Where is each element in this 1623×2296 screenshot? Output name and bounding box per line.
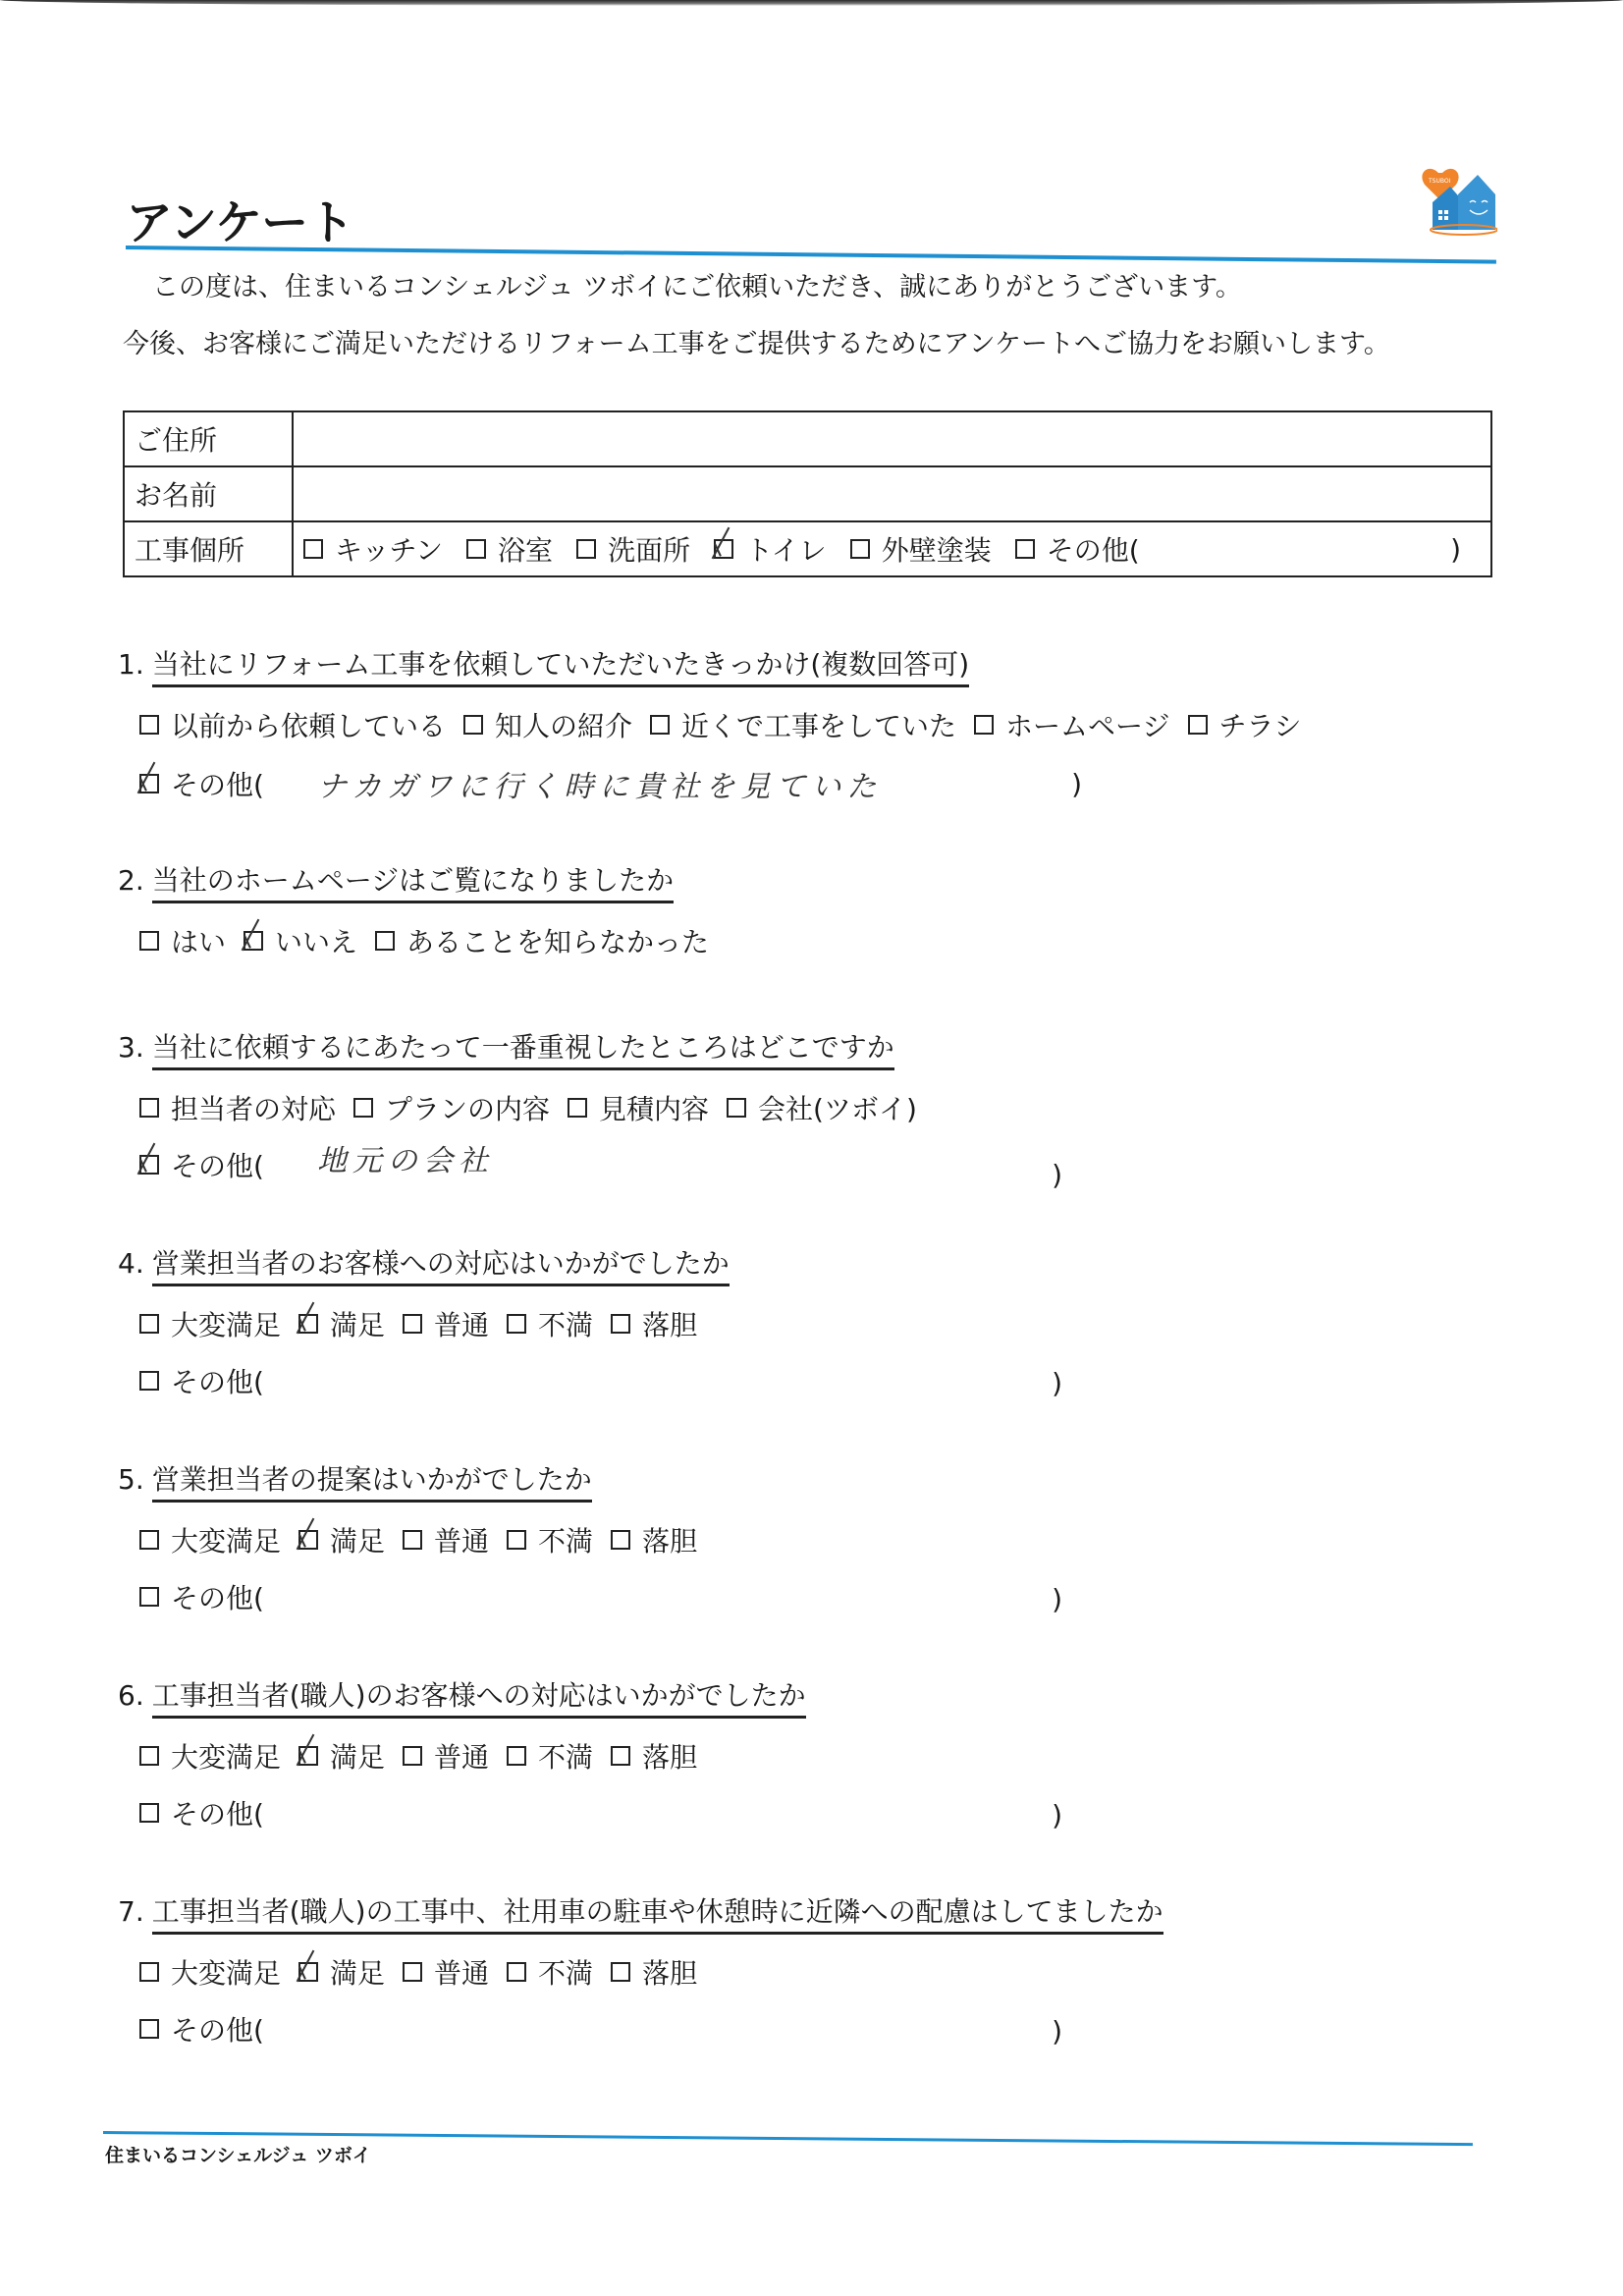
option-label: 落胆 — [642, 1736, 697, 1776]
page-title: アンケート — [126, 185, 353, 252]
question-1: 1.当社にリフォーム工事を依頼していただいたきっかけ(複数回答可) 以前から依頼… — [118, 643, 1320, 805]
question-5: 5.営業担当者の提案はいかがでしたか 大変満足 満足 普通 不満 落胆 その他(… — [118, 1458, 1062, 1616]
answer-option[interactable]: 普通 — [403, 1520, 489, 1559]
answer-option[interactable]: 知人の紹介 — [463, 705, 632, 744]
question-number: 1. — [118, 648, 144, 681]
checkbox[interactable] — [353, 1098, 373, 1118]
option-label: 落胆 — [642, 1304, 697, 1343]
checkbox[interactable] — [139, 1371, 159, 1391]
checkbox[interactable] — [576, 539, 596, 559]
paren-close: ) — [1052, 1799, 1062, 1831]
option-label: トイレ — [745, 529, 827, 569]
handwritten-answer[interactable]: 地元の会社 — [317, 1136, 494, 1179]
checkbox[interactable] — [139, 715, 159, 735]
checkbox[interactable] — [139, 1803, 159, 1823]
checkbox[interactable] — [974, 715, 994, 735]
answer-option[interactable]: 会社(ツボイ) — [727, 1088, 917, 1127]
answer-option[interactable]: 大変満足 — [139, 1736, 281, 1776]
location-option-other[interactable]: その他( — [1015, 529, 1140, 569]
paren-close: ) — [1450, 533, 1461, 566]
checkbox[interactable] — [507, 1746, 526, 1766]
question-number: 4. — [118, 1247, 144, 1280]
option-label: 普通 — [434, 1304, 489, 1343]
option-label: 不満 — [538, 1304, 593, 1343]
answer-option[interactable]: 以前から依頼している — [139, 705, 446, 744]
answer-option[interactable]: 落胆 — [611, 1736, 697, 1776]
checkbox[interactable] — [298, 1530, 318, 1550]
option-label: いいえ — [275, 921, 357, 960]
question-title: 当社のホームページはご覧になりましたか — [152, 859, 674, 903]
answer-option[interactable]: いいえ — [243, 921, 357, 960]
option-label: 大変満足 — [171, 1736, 281, 1776]
question-4: 4.営業担当者のお客様への対応はいかがでしたか 大変満足 満足 普通 不満 落胆… — [118, 1242, 1062, 1400]
location-option[interactable]: キッチン — [303, 529, 443, 569]
checkbox[interactable] — [850, 539, 870, 559]
checkbox[interactable] — [507, 1314, 526, 1334]
option-label: その他( — [171, 1145, 264, 1184]
checkbox[interactable] — [139, 1314, 159, 1334]
answer-option[interactable]: 普通 — [403, 1736, 489, 1776]
answer-option[interactable]: チラシ — [1188, 705, 1302, 744]
paren-close: ) — [1052, 1367, 1062, 1399]
option-label: 満足 — [330, 1520, 385, 1559]
answer-option[interactable]: 見積内容 — [568, 1088, 709, 1127]
option-label: 会社(ツボイ) — [758, 1088, 917, 1127]
question-title: 当社にリフォーム工事を依頼していただいたきっかけ(複数回答可) — [152, 643, 969, 687]
answer-option[interactable]: あることを知らなかった — [375, 921, 709, 960]
checkbox[interactable] — [403, 1530, 422, 1550]
option-label: はい — [171, 921, 226, 960]
checkbox[interactable] — [463, 715, 483, 735]
answer-option-other[interactable]: その他( — [139, 2009, 264, 2049]
option-label: 浴室 — [498, 529, 553, 569]
answer-option[interactable]: ホームページ — [974, 705, 1169, 744]
answer-option[interactable]: 落胆 — [611, 1520, 697, 1559]
checkbox[interactable] — [139, 1746, 159, 1766]
svg-text:TSUBOI: TSUBOI — [1428, 178, 1451, 185]
answer-option-other[interactable]: その他( — [139, 1361, 264, 1400]
checkbox[interactable] — [466, 539, 486, 559]
checkbox[interactable] — [375, 931, 395, 951]
question-number: 6. — [118, 1679, 144, 1712]
option-label: 見積内容 — [599, 1088, 709, 1127]
address-field[interactable] — [293, 411, 1491, 466]
paren-close: ) — [1052, 2015, 1062, 2048]
option-label: 満足 — [330, 1952, 385, 1992]
question-7: 7.工事担当者(職人)の工事中、社用車の駐車や休憩時に近隣への配慮はしてましたか… — [118, 1890, 1163, 2049]
answer-option[interactable]: 大変満足 — [139, 1520, 281, 1559]
customer-info-table: ご住所 お名前 工事個所 キッチン 浴室 洗面所 トイレ 外壁塗装 その他( ) — [123, 410, 1492, 577]
answer-option[interactable]: はい — [139, 921, 226, 960]
checkbox[interactable] — [298, 1314, 318, 1334]
handwritten-answer[interactable]: ナカガワに行く時に貴社を見ていた — [317, 762, 882, 805]
option-label: 知人の紹介 — [495, 705, 632, 744]
option-label: 以前から依頼している — [171, 705, 446, 744]
question-number: 7. — [118, 1895, 144, 1928]
checkbox[interactable] — [243, 931, 263, 951]
option-label: 普通 — [434, 1736, 489, 1776]
location-label: 工事個所 — [124, 521, 293, 576]
answer-option-other[interactable]: その他( — [139, 1793, 264, 1832]
answer-option-other[interactable]: その他( — [139, 764, 264, 803]
option-label: その他( — [171, 2009, 264, 2049]
checkbox[interactable] — [611, 1530, 630, 1550]
checkbox[interactable] — [507, 1530, 526, 1550]
checkbox[interactable] — [139, 1962, 159, 1982]
answer-option[interactable]: 不満 — [507, 1952, 593, 1992]
option-label: その他( — [171, 1361, 264, 1400]
intro-text-1: この度は、住まいるコンシェルジュ ツボイにご依頼いただき、誠にありがとうございま… — [152, 265, 1242, 303]
tsuboi-house-logo-icon: TSUBOI — [1419, 165, 1497, 236]
scan-edge — [0, 0, 1623, 6]
location-options: キッチン 浴室 洗面所 トイレ 外壁塗装 その他( ) — [293, 521, 1491, 576]
option-label: その他( — [171, 1577, 264, 1616]
option-label: その他( — [1047, 529, 1140, 569]
option-label: 大変満足 — [171, 1304, 281, 1343]
checkbox[interactable] — [727, 1098, 746, 1118]
checkbox[interactable] — [611, 1314, 630, 1334]
intro-text-2: 今後、お客様にご満足いただけるリフォーム工事をご提供するためにアンケートへご協力… — [123, 322, 1390, 360]
checkbox[interactable] — [650, 715, 670, 735]
checkbox[interactable] — [611, 1962, 630, 1982]
question-2: 2.当社のホームページはご覧になりましたか はい いいえ あることを知らなかった — [118, 859, 727, 960]
answer-option[interactable]: 満足 — [298, 1304, 385, 1343]
option-label: あることを知らなかった — [406, 921, 709, 960]
option-label: プランの内容 — [385, 1088, 550, 1127]
checkbox[interactable] — [1188, 715, 1208, 735]
question-number: 3. — [118, 1031, 144, 1064]
question-title: 営業担当者の提案はいかがでしたか — [152, 1458, 592, 1503]
question-title: 営業担当者のお客様への対応はいかがでしたか — [152, 1242, 730, 1286]
answer-option[interactable]: 満足 — [298, 1736, 385, 1776]
option-label: 満足 — [330, 1304, 385, 1343]
option-label: 満足 — [330, 1736, 385, 1776]
location-option[interactable]: 浴室 — [466, 529, 553, 569]
checkbox[interactable] — [298, 1746, 318, 1766]
checkbox[interactable] — [303, 539, 323, 559]
checkbox[interactable] — [403, 1314, 422, 1334]
checkbox[interactable] — [714, 539, 733, 559]
checkbox[interactable] — [139, 1098, 159, 1118]
title-divider — [126, 246, 1496, 264]
option-label: 大変満足 — [171, 1520, 281, 1559]
option-label: 落胆 — [642, 1520, 697, 1559]
checkbox[interactable] — [139, 1155, 159, 1175]
answer-option[interactable]: 不満 — [507, 1304, 593, 1343]
answer-option[interactable]: 大変満足 — [139, 1304, 281, 1343]
answer-option[interactable]: 普通 — [403, 1304, 489, 1343]
checkbox[interactable] — [403, 1962, 422, 1982]
answer-option[interactable]: 担当者の対応 — [139, 1088, 336, 1127]
option-label: 外壁塗装 — [882, 529, 992, 569]
option-label: その他( — [171, 1793, 264, 1832]
answer-option[interactable]: プランの内容 — [353, 1088, 550, 1127]
option-label: 大変満足 — [171, 1952, 281, 1992]
checkbox[interactable] — [139, 1587, 159, 1607]
checkbox[interactable] — [507, 1962, 526, 1982]
location-option[interactable]: トイレ — [714, 529, 827, 569]
name-label: お名前 — [124, 466, 293, 521]
answer-option[interactable]: 満足 — [298, 1520, 385, 1559]
question-number: 2. — [118, 864, 144, 897]
checkbox[interactable] — [568, 1098, 587, 1118]
checkbox[interactable] — [403, 1746, 422, 1766]
question-title: 当社に依頼するにあたって一番重視したところはどこですか — [152, 1026, 894, 1070]
question-6: 6.工事担当者(職人)のお客様への対応はいかがでしたか 大変満足 満足 普通 不… — [118, 1674, 1062, 1832]
answer-option[interactable]: 近くで工事をしていた — [650, 705, 956, 744]
option-label: 落胆 — [642, 1952, 697, 1992]
answer-option[interactable]: 不満 — [507, 1736, 593, 1776]
paren-close: ) — [1052, 1159, 1062, 1191]
option-label: 担当者の対応 — [171, 1088, 336, 1127]
option-label: 不満 — [538, 1952, 593, 1992]
checkbox[interactable] — [611, 1746, 630, 1766]
question-title: 工事担当者(職人)の工事中、社用車の駐車や休憩時に近隣への配慮はしてましたか — [152, 1890, 1163, 1935]
address-label: ご住所 — [124, 411, 293, 466]
option-label: チラシ — [1219, 705, 1302, 744]
checkbox[interactable] — [139, 1530, 159, 1550]
option-label: 普通 — [434, 1952, 489, 1992]
answer-option[interactable]: 大変満足 — [139, 1952, 281, 1992]
option-label: 普通 — [434, 1520, 489, 1559]
paren-close: ) — [1052, 1583, 1062, 1615]
location-option[interactable]: 洗面所 — [576, 529, 690, 569]
checkbox[interactable] — [1015, 539, 1035, 559]
answer-option[interactable]: 満足 — [298, 1952, 385, 1992]
question-number: 5. — [118, 1463, 144, 1496]
option-label: 近くで工事をしていた — [681, 705, 956, 744]
question-3: 3.当社に依頼するにあたって一番重視したところはどこですか 担当者の対応 プラン… — [118, 1026, 1062, 1184]
answer-option[interactable]: 落胆 — [611, 1952, 697, 1992]
option-label: その他( — [171, 764, 264, 803]
answer-option[interactable]: 普通 — [403, 1952, 489, 1992]
paren-close: ) — [1071, 768, 1082, 800]
answer-option-other[interactable]: その他( — [139, 1577, 264, 1616]
answer-option-other[interactable]: その他( — [139, 1145, 264, 1184]
option-label: 不満 — [538, 1520, 593, 1559]
option-label: 洗面所 — [608, 529, 690, 569]
checkbox[interactable] — [139, 774, 159, 793]
option-label: キッチン — [335, 529, 443, 569]
option-label: 不満 — [538, 1736, 593, 1776]
question-title: 工事担当者(職人)のお客様への対応はいかがでしたか — [152, 1674, 806, 1719]
answer-option[interactable]: 不満 — [507, 1520, 593, 1559]
footer-company: 住まいるコンシェルジュ ツボイ — [105, 2141, 371, 2167]
answer-option[interactable]: 落胆 — [611, 1304, 697, 1343]
checkbox[interactable] — [139, 931, 159, 951]
option-label: ホームページ — [1005, 705, 1169, 744]
location-option[interactable]: 外壁塗装 — [850, 529, 992, 569]
checkbox[interactable] — [139, 2019, 159, 2039]
name-field[interactable] — [293, 466, 1491, 521]
checkbox[interactable] — [298, 1962, 318, 1982]
